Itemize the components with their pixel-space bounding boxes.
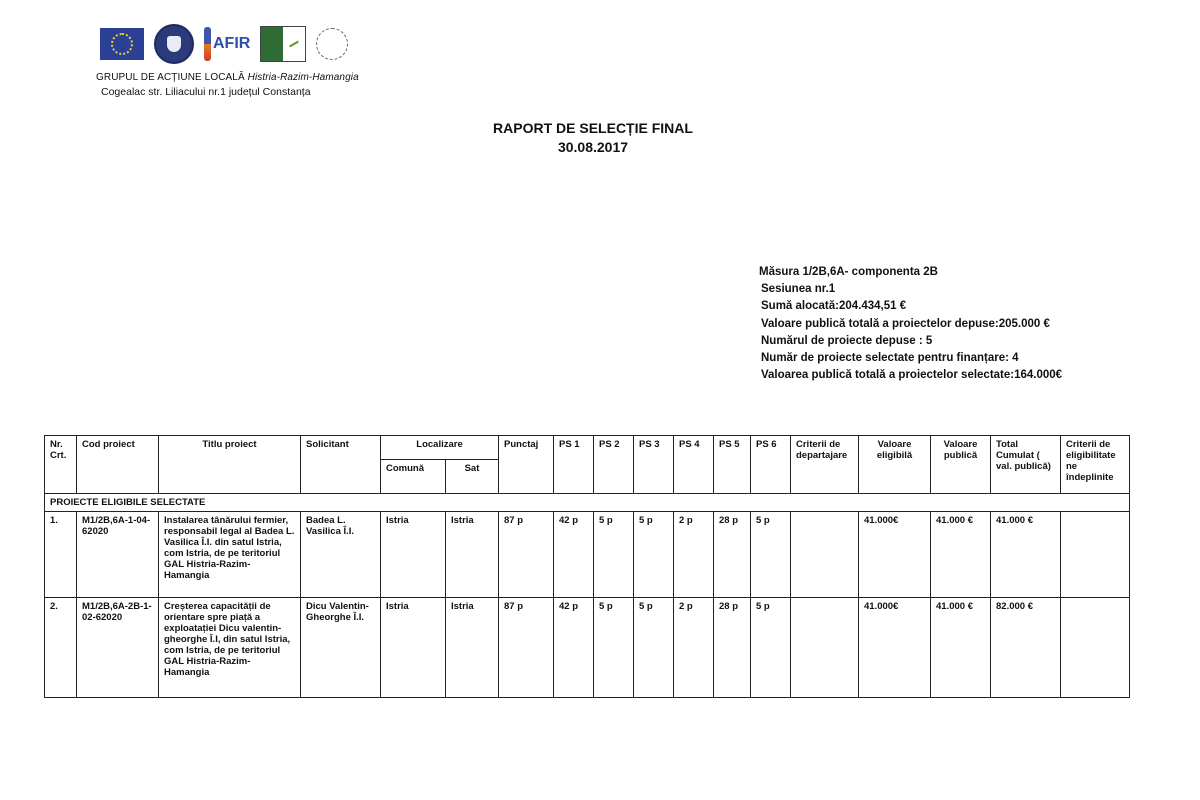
header-nr: Nr. Crt. [45,436,77,494]
cell-ps4: 2 p [674,598,714,698]
afir-logo-text: AFIR [213,36,250,52]
report-title: RAPORT DE SELECȚIE FINAL [0,119,1186,138]
cell-ps6: 5 p [751,598,791,698]
cell-solicitant: Badea L. Vasilica Î.I. [301,512,381,598]
cell-total-cumulat: 82.000 € [991,598,1061,698]
header-ps5: PS 5 [714,436,751,494]
summary-allocated: Sumă alocată:204.434,51 € [761,298,1062,315]
cell-valoare-eligibila: 41.000€ [859,598,931,698]
cell-criterii-neindeplinite [1061,598,1130,698]
cell-comuna: Istria [381,598,446,698]
cell-solicitant: Dicu Valentin-Gheorghe Î.I. [301,598,381,698]
cell-ps5: 28 p [714,512,751,598]
cell-ps3: 5 p [634,598,674,698]
cell-punctaj: 87 p [499,512,554,598]
header-titlu: Titlu proiect [159,436,301,494]
header-punctaj: Punctaj [499,436,554,494]
cell-ps2: 5 p [594,512,634,598]
cell-cod: M1/2B,6A-2B-1-02-62020 [77,598,159,698]
summary-measure: Măsura 1/2B,6A- componenta 2B [759,264,1062,281]
cell-ps1: 42 p [554,512,594,598]
eu-flag-logo [100,28,144,60]
cell-comuna: Istria [381,512,446,598]
header-valoare-eligibila: Valoare eligibilă [859,436,931,494]
header-criterii-departajare: Criterii de departajare [791,436,859,494]
header-ps2: PS 2 [594,436,634,494]
leader-logo [260,26,306,62]
afir-logo: AFIR [204,27,250,61]
cell-sat: Istria [446,598,499,698]
coat-of-arms-icon [167,36,181,52]
organization-name: GRUPUL DE ACȚIUNE LOCALĂ Histria-Razim-H… [96,72,359,83]
header-sat: Sat [446,460,499,494]
cell-valoare-publica: 41.000 € [931,598,991,698]
table-row: 2. M1/2B,6A-2B-1-02-62020 Creșterea capa… [45,598,1130,698]
cell-criterii-departajare [791,512,859,598]
cell-total-cumulat: 41.000 € [991,512,1061,598]
section-row: PROIECTE ELIGIBILE SELECTATE [45,494,1130,512]
cell-punctaj: 87 p [499,598,554,698]
cell-titlu: Instalarea tânărului fermier, responsabi… [159,512,301,598]
cell-titlu: Creșterea capacității de orientare spre … [159,598,301,698]
summary-submitted-value: Valoare publică totală a proiectelor dep… [761,316,1062,333]
header-localizare: Localizare [381,436,499,460]
cell-nr: 2. [45,598,77,698]
header-solicitant: Solicitant [301,436,381,494]
cell-ps6: 5 p [751,512,791,598]
table-row: 1. M1/2B,6A-1-04-62020 Instalarea tânăru… [45,512,1130,598]
cell-criterii-neindeplinite [1061,512,1130,598]
selection-table: Nr. Crt. Cod proiect Titlu proiect Solic… [44,435,1130,698]
romanian-government-logo [154,24,194,64]
summary-session: Sesiunea nr.1 [761,281,1062,298]
wheat-icon [204,27,211,61]
header-valoare-publica: Valoare publică [931,436,991,494]
organization-address: Cogealac str. Liliacului nr.1 județul Co… [101,86,311,98]
cell-ps2: 5 p [594,598,634,698]
cell-cod: M1/2B,6A-1-04-62020 [77,512,159,598]
cell-nr: 1. [45,512,77,598]
summary-selected-count: Număr de proiecte selectate pentru finan… [761,350,1062,367]
leaf-icon [289,41,299,48]
eu-stars-icon [111,33,133,55]
cell-ps3: 5 p [634,512,674,598]
cell-ps4: 2 p [674,512,714,598]
report-date: 30.08.2017 [0,138,1186,157]
cell-ps1: 42 p [554,598,594,698]
cell-criterii-departajare [791,598,859,698]
table-header-row: Nr. Crt. Cod proiect Titlu proiect Solic… [45,436,1130,460]
cell-sat: Istria [446,512,499,598]
cell-valoare-eligibila: 41.000€ [859,512,931,598]
gal-seal-logo [316,28,348,60]
session-summary: Măsura 1/2B,6A- componenta 2B Sesiunea n… [761,264,1062,384]
header-ps3: PS 3 [634,436,674,494]
header-total-cumulat: Total Cumulat ( val. publică) [991,436,1061,494]
header-ps1: PS 1 [554,436,594,494]
cell-ps5: 28 p [714,598,751,698]
header-ps4: PS 4 [674,436,714,494]
header-ps6: PS 6 [751,436,791,494]
summary-submitted-count: Numărul de proiecte depuse : 5 [761,333,1062,350]
cell-valoare-publica: 41.000 € [931,512,991,598]
report-title-block: RAPORT DE SELECȚIE FINAL 30.08.2017 [0,119,1186,157]
header-criterii-neindeplinite: Criterii de eligibilitate ne îndeplinite [1061,436,1130,494]
section-label: PROIECTE ELIGIBILE SELECTATE [45,494,1130,512]
partner-logos: AFIR [100,24,348,64]
header-comuna: Comună [381,460,446,494]
summary-selected-value: Valoarea publică totală a proiectelor se… [761,367,1062,384]
header-cod: Cod proiect [77,436,159,494]
